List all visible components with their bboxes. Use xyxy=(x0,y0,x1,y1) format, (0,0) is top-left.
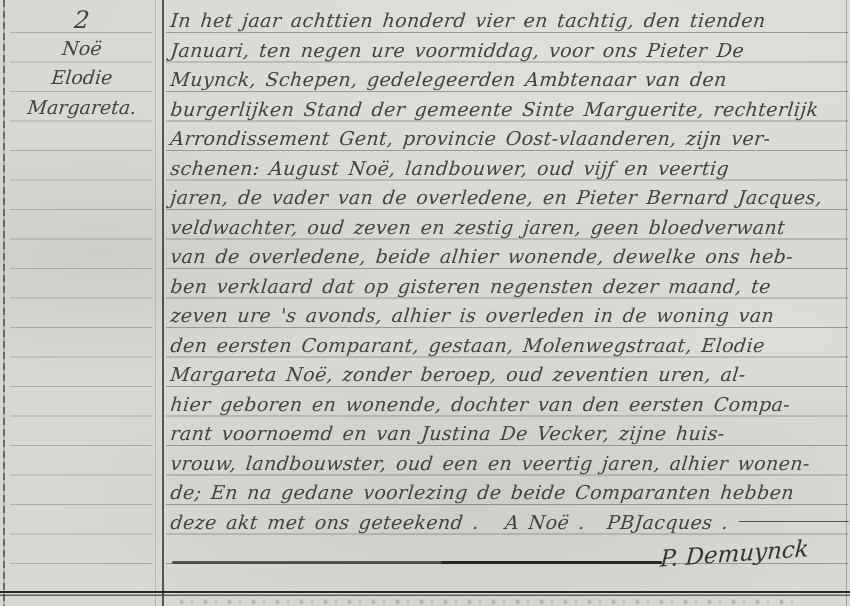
deceased-name-line: Elodie xyxy=(4,63,159,93)
handwritten-line: jaren, de vader van de overledene, en Pi… xyxy=(169,183,850,213)
handwritten-line: schenen: August Noë, landbouwer, oud vij… xyxy=(169,154,850,184)
signature-declarant: A Noë . xyxy=(504,508,587,538)
handwritten-line: veldwachter, oud zeven en zestig jaren, … xyxy=(169,213,850,243)
handwritten-line: de; En na gedane voorlezing de beide Com… xyxy=(169,478,850,508)
handwritten-line: rant voornoemd en van Justina De Vecker,… xyxy=(169,419,850,449)
closing-dash-stroke xyxy=(172,561,662,564)
handwritten-line: In het jaar achttien honderd vier en tac… xyxy=(169,6,850,36)
margin-separator-rule xyxy=(162,0,164,606)
next-record-partial-text xyxy=(180,600,800,604)
deceased-name-line: Margareta. xyxy=(4,93,159,123)
deceased-name-line: Noë xyxy=(4,34,159,64)
handwritten-line: Arrondissement Gent, provincie Oost-vlaa… xyxy=(169,124,850,154)
deceased-name-block: NoëElodieMargareta. xyxy=(6,34,158,123)
handwritten-line: den eersten Comparant, gestaan, Molenweg… xyxy=(169,331,850,361)
record-number: 2 xyxy=(5,4,160,34)
handwritten-line: vrouw, landbouwster, oud een en veertig … xyxy=(169,449,850,479)
handwritten-line: Muynck, Schepen, gedelegeerden Ambtenaar… xyxy=(169,65,850,95)
handwritten-line: Januari, ten negen ure voormiddag, voor … xyxy=(169,36,850,66)
handwritten-line: van de overledene, beide alhier wonende,… xyxy=(169,242,850,272)
handwritten-line: ben verklaard dat op gisteren negensten … xyxy=(169,272,850,302)
handwritten-text-block: In het jaar achttien honderd vier en tac… xyxy=(169,6,847,508)
closing-line: deze akt met ons geteekend . A Noë . PBJ… xyxy=(169,508,850,538)
handwritten-line: burgerlijken Stand der gemeente Sinte Ma… xyxy=(169,95,850,125)
margin-annotation: 2 NoëElodieMargareta. xyxy=(6,4,158,122)
record-separator-line xyxy=(0,591,850,597)
closing-text: deze akt met ons geteekend . xyxy=(169,508,481,538)
closing-rule-stroke xyxy=(738,521,848,522)
record-body: In het jaar achttien honderd vier en tac… xyxy=(169,6,847,537)
handwritten-line: Margareta Noë, zonder beroep, oud zevent… xyxy=(169,360,850,390)
signature-witness: PBJacques . xyxy=(605,508,729,538)
handwritten-line: zeven ure 's avonds, alhier is overleden… xyxy=(169,301,850,331)
handwritten-line: hier geboren en wonende, dochter van den… xyxy=(169,390,850,420)
register-page: 2 NoëElodieMargareta. In het jaar achtti… xyxy=(0,0,850,606)
